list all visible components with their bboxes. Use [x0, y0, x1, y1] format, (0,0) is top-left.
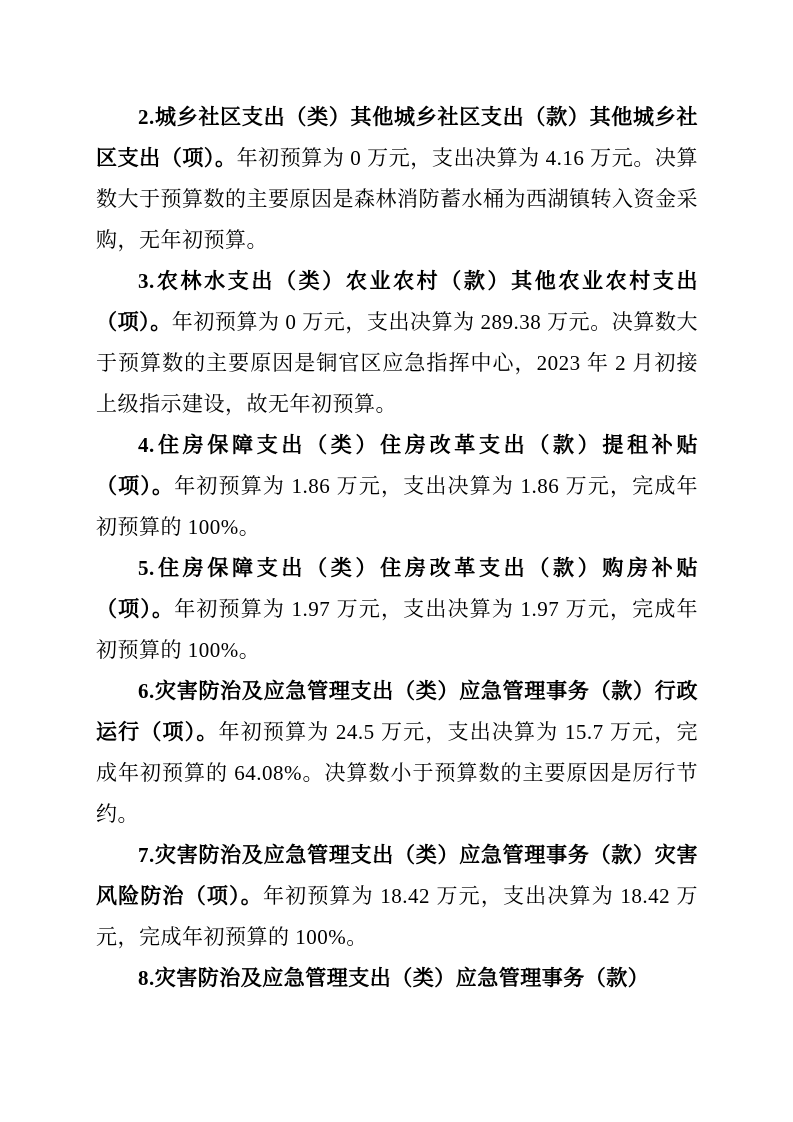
paragraph-8-heading: 8.灾害防治及应急管理支出（类）应急管理事务（款）	[138, 966, 649, 990]
paragraph-5-body: 年初预算为 1.97 万元，支出决算为 1.97 万元，完成年初预算的 100%…	[96, 597, 698, 662]
budget-paragraph-4: 4.住房保障支出（类）住房改革支出（款）提租补贴（项）。年初预算为 1.86 万…	[96, 425, 698, 548]
budget-paragraph-8: 8.灾害防治及应急管理支出（类）应急管理事务（款）	[96, 958, 698, 999]
budget-paragraph-3: 3.农林水支出（类）农业农村（款）其他农业农村支出（项）。年初预算为 0 万元，…	[96, 261, 698, 425]
budget-expenditure-section: 2.城乡社区支出（类）其他城乡社区支出（款）其他城乡社区支出（项）。年初预算为 …	[96, 97, 698, 999]
document-page: 2.城乡社区支出（类）其他城乡社区支出（款）其他城乡社区支出（项）。年初预算为 …	[0, 0, 793, 1122]
budget-paragraph-6: 6.灾害防治及应急管理支出（类）应急管理事务（款）行政运行（项）。年初预算为 2…	[96, 671, 698, 835]
budget-paragraph-7: 7.灾害防治及应急管理支出（类）应急管理事务（款）灾害风险防治（项）。年初预算为…	[96, 835, 698, 958]
paragraph-4-body: 年初预算为 1.86 万元，支出决算为 1.86 万元，完成年初预算的 100%…	[96, 474, 698, 539]
paragraph-3-body: 年初预算为 0 万元，支出决算为 289.38 万元。决算数大于预算数的主要原因…	[96, 310, 698, 416]
budget-paragraph-5: 5.住房保障支出（类）住房改革支出（款）购房补贴（项）。年初预算为 1.97 万…	[96, 548, 698, 671]
budget-paragraph-2: 2.城乡社区支出（类）其他城乡社区支出（款）其他城乡社区支出（项）。年初预算为 …	[96, 97, 698, 261]
